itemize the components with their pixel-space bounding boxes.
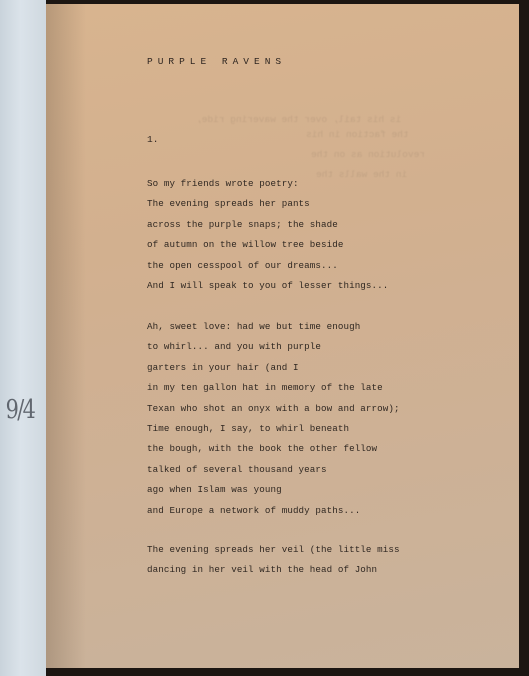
stanza-3: The evening spreads her veil (the little…: [147, 540, 400, 581]
poem-line: And I will speak to you of lesser things…: [147, 276, 388, 296]
poem-line: The evening spreads her pants: [147, 194, 388, 214]
stanza-2: Ah, sweet love: had we but time enough t…: [147, 317, 400, 521]
pencil-mark: 9/4: [6, 395, 35, 425]
poem-line: dancing in her veil with the head of Joh…: [147, 560, 400, 580]
poem-line: So my friends wrote poetry:: [147, 174, 388, 194]
binder-spine: 9/4: [0, 0, 46, 676]
poem-line: Ah, sweet love: had we but time enough: [147, 317, 400, 337]
poem-line: garters in your hair (and I: [147, 358, 400, 378]
poem-line: the open cesspool of our dreams...: [147, 256, 388, 276]
poem-line: of autumn on the willow tree beside: [147, 235, 388, 255]
show-through-text: revolution as on the: [311, 149, 425, 160]
poem-line: the bough, with the book the other fello…: [147, 439, 400, 459]
poem-line: in my ten gallon hat in memory of the la…: [147, 378, 400, 398]
page-title: PURPLE RAVENS: [147, 56, 286, 67]
show-through-text: the faction in his: [306, 129, 409, 140]
poem-line: to whirl... and you with purple: [147, 337, 400, 357]
poem-line: Time enough, I say, to whirl beneath: [147, 419, 400, 439]
poem-line: The evening spreads her veil (the little…: [147, 540, 400, 560]
typed-page: is his tail, over the wavering ride, the…: [46, 4, 519, 668]
section-number: 1.: [147, 134, 158, 145]
poem-line: ago when Islam was young: [147, 480, 400, 500]
poem-line: and Europe a network of muddy paths...: [147, 501, 400, 521]
poem-line: Texan who shot an onyx with a bow and ar…: [147, 399, 400, 419]
page-gutter-shadow: [46, 4, 86, 668]
stanza-1: So my friends wrote poetry: The evening …: [147, 174, 388, 296]
show-through-text: is his tail, over the wavering ride,: [196, 114, 401, 125]
poem-line: across the purple snaps; the shade: [147, 215, 388, 235]
poem-line: talked of several thousand years: [147, 460, 400, 480]
